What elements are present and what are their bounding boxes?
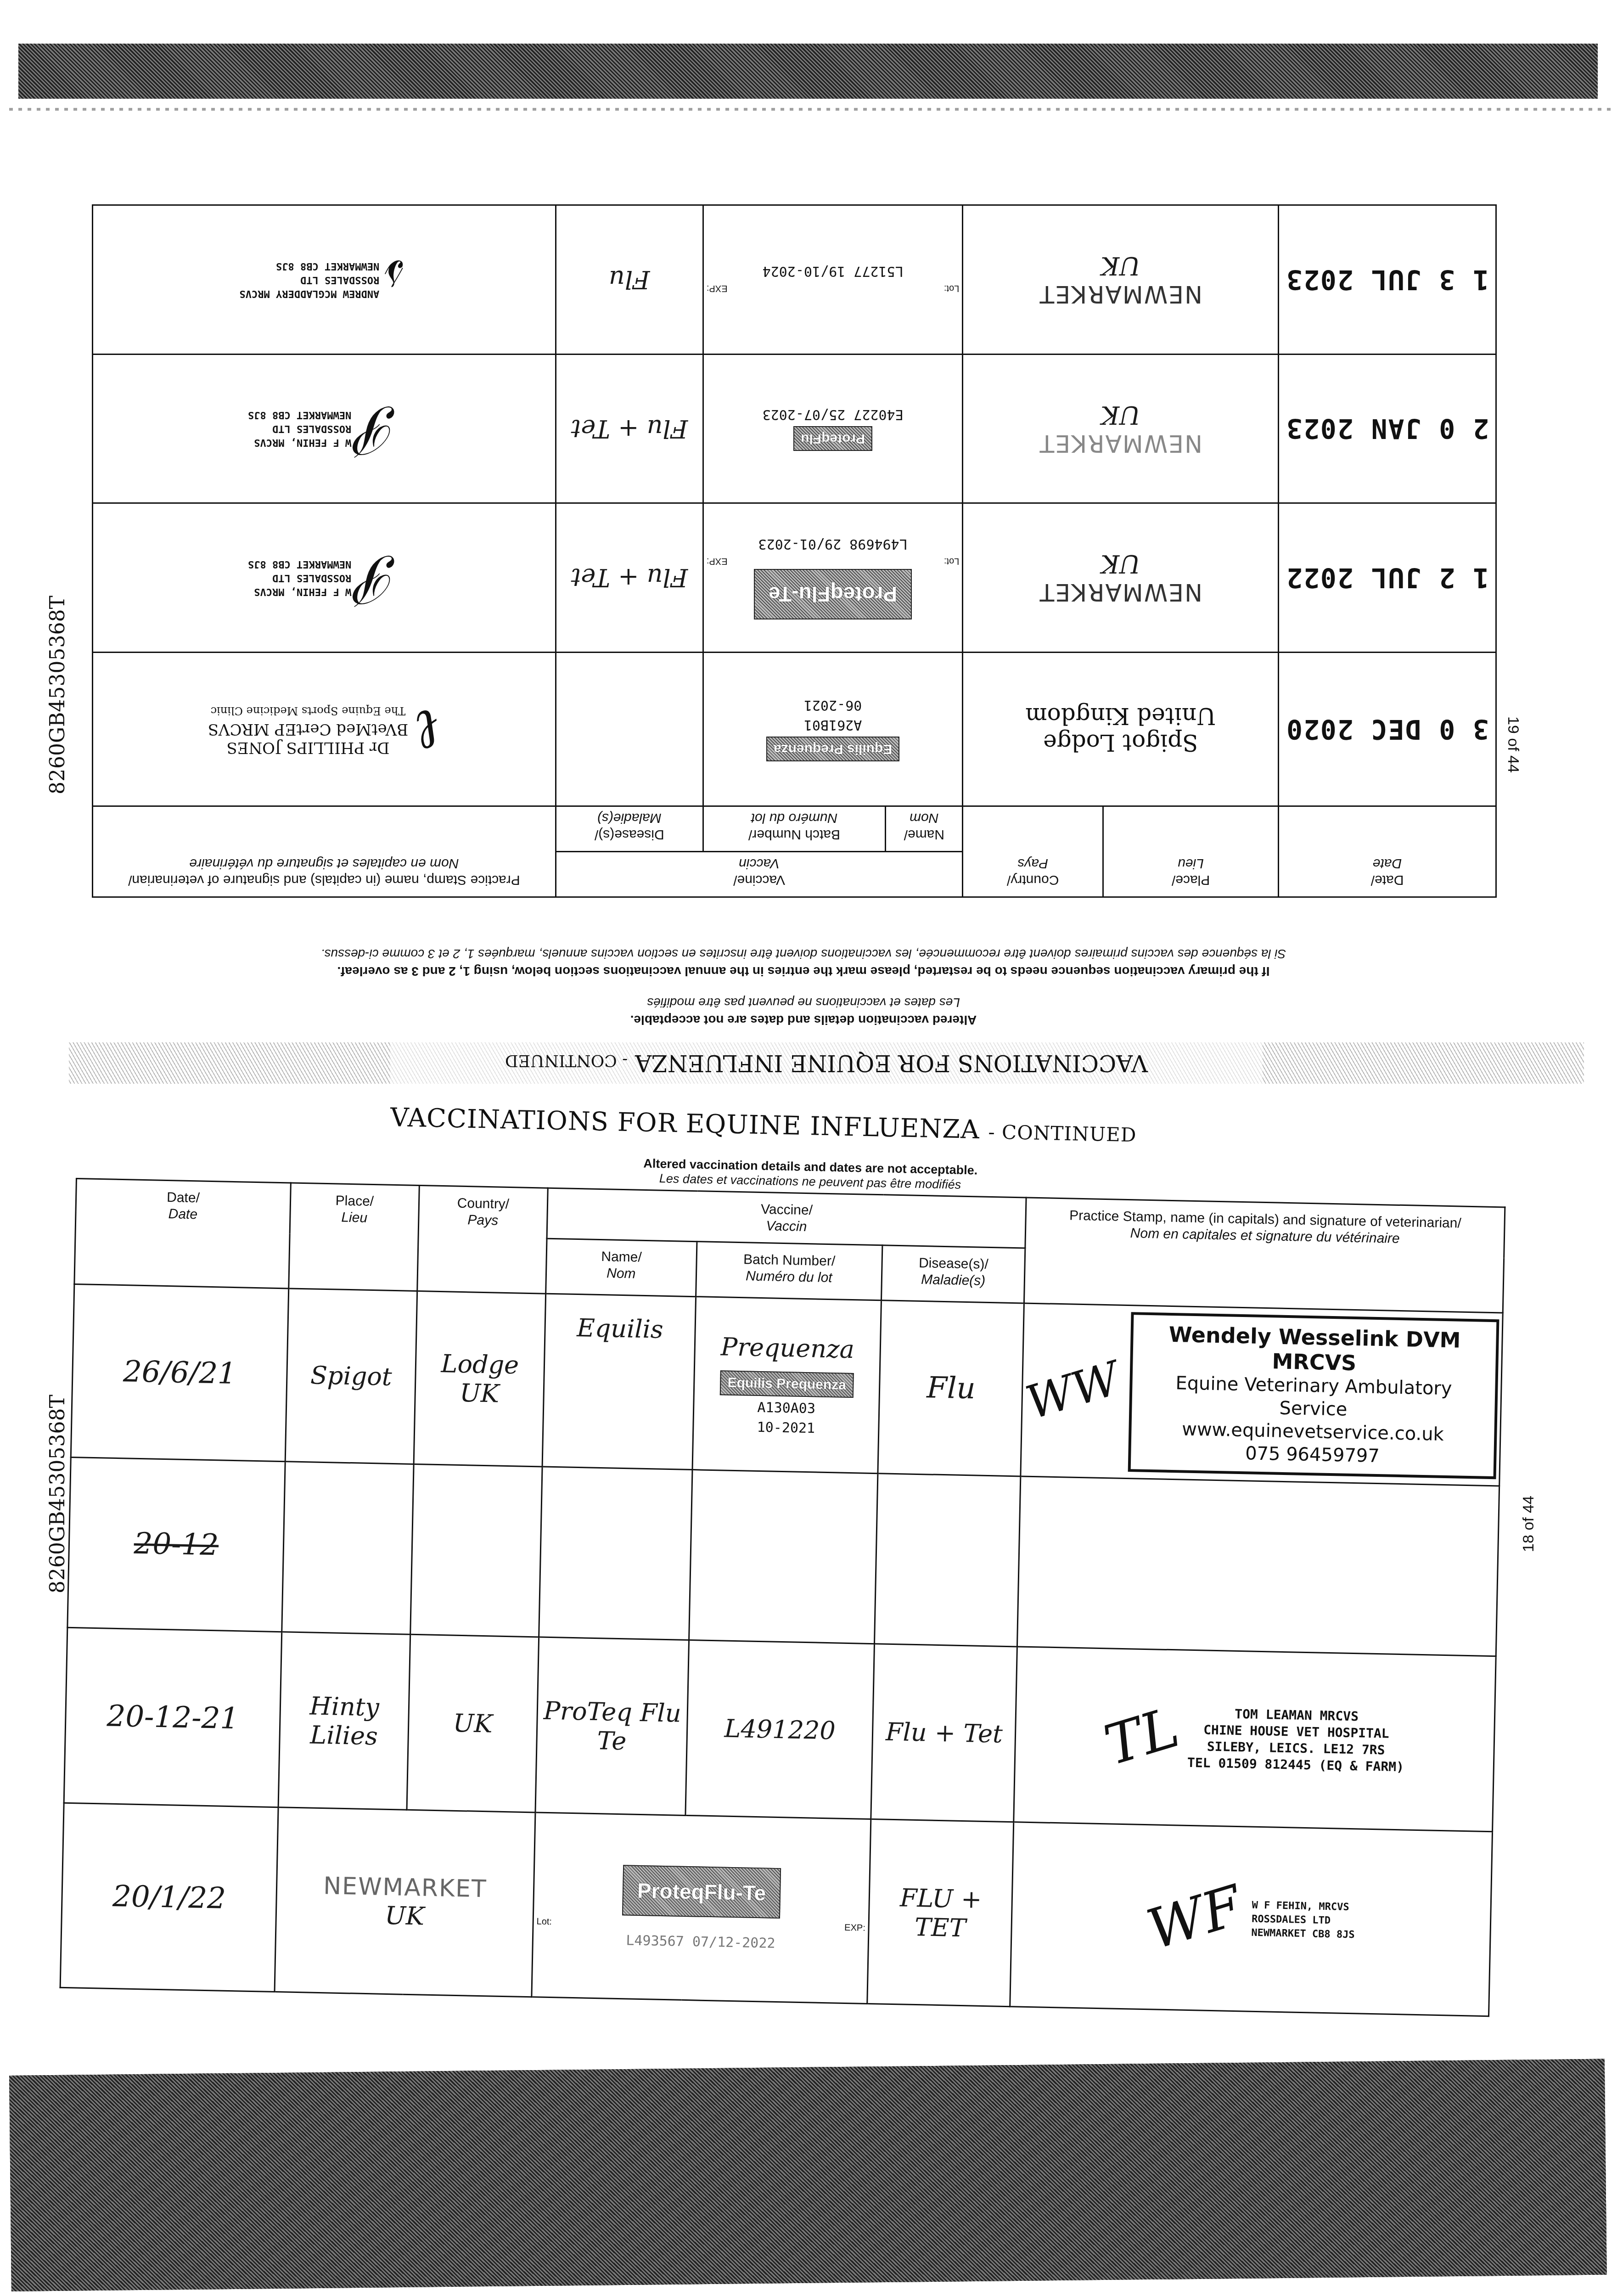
vet-stamp: W F FEHIN, MRCVS ROSSDALES LTD NEWMARKET… <box>248 557 351 598</box>
header-name: Name/Nom <box>546 1238 697 1297</box>
page-title: VACCINATIONS FOR EQUINE INFLUENZA - CONT… <box>390 1103 1217 1150</box>
table-row: 20-12 <box>67 1457 1499 1656</box>
header-disease: Disease(s)/Maladie(s) <box>556 806 703 852</box>
vaccine-sticker: Lot:EXP: L51277 19/10-2024 <box>707 263 960 293</box>
vet-signature: TL <box>1098 1696 1186 1778</box>
lower-vaccination-table: Date/Date Place/Lieu Country/Pays Vaccin… <box>60 1178 1506 2017</box>
vaccine-name-handwritten: Equilis <box>577 1313 664 1344</box>
header-place: Place/Lieu <box>289 1183 420 1291</box>
upper-vaccination-table: Date/Date Place/Lieu Country/Pays Vaccin… <box>92 204 1497 898</box>
disease-handwritten: Flu <box>609 265 650 294</box>
date-handwritten: 20-12-21 <box>107 1699 239 1736</box>
vaccine-sticker: ProteqFlu-Te Lot:EXP: L493567 07/12-2022 <box>536 1863 867 1953</box>
place-stamp: NEWMARKET <box>1039 429 1202 457</box>
date-stamp: 3 0 DEC 2020 <box>1286 714 1489 745</box>
header-country: Country/Pays <box>963 806 1103 897</box>
table-row: 1 3 JUL 2023 NEWMARKETUK Lot:EXP: L51277… <box>93 205 1496 355</box>
vet-signature: WF <box>1140 1874 1250 1962</box>
scan-artifact-top <box>18 44 1598 99</box>
vet-stamp: ANDREW MCGLADDERY MRCVS ROSSDALES LTD NE… <box>240 259 380 300</box>
header-stamp: Practice Stamp, name (in capitals) and s… <box>1024 1198 1505 1313</box>
place-stamp: NEWMARKET <box>1039 578 1202 606</box>
upper-title: VACCINATIONS FOR EQUINE INFLUENZA - CONT… <box>69 1042 1584 1084</box>
vet-signature: WW <box>1020 1351 1126 1430</box>
date-stamp: 1 2 JUL 2022 <box>1286 562 1489 593</box>
date-stamp: 1 3 JUL 2023 <box>1286 264 1489 295</box>
scan-artifact-bottom <box>9 2059 1607 2291</box>
disease-handwritten: FLU + TET <box>899 1883 982 1942</box>
header-disease: Disease(s)/Maladie(s) <box>882 1245 1026 1303</box>
table-row: 20/1/22 NEWMARKETUK ProteqFlu-Te Lot:EXP… <box>60 1803 1492 2016</box>
vaccine-sticker: Equilis Prequenza A261B01 06-2021 <box>707 697 960 761</box>
upper-notes: Altered vaccination details and dates ar… <box>138 923 1469 1029</box>
header-vaccine: Vaccine/Vaccin <box>556 852 963 897</box>
disease-handwritten: Flu + Tet <box>886 1717 1003 1749</box>
alteration-notice: Altered vaccination details and dates ar… <box>546 1154 1074 1194</box>
date-handwritten: 20/1/22 <box>112 1879 226 1915</box>
place-country-stamp: Spigot LodgeUnited Kingdom <box>966 703 1275 756</box>
scan-noise-top <box>9 108 1614 111</box>
vet-signature: 𝒫 <box>352 392 410 465</box>
place-stamp: NEWMARKET <box>1039 280 1202 308</box>
header-date: Date/Date <box>1279 806 1496 897</box>
country-handwritten: UK <box>1101 251 1140 280</box>
table-row: 2 0 JAN 2023 NEWMARKETUK ProteqFlu E4022… <box>93 354 1496 503</box>
header-vaccine: Vaccine/Vaccin <box>547 1188 1026 1248</box>
passport-id-lower: 8260GB45305368T <box>46 1395 69 1593</box>
country-handwritten: UK <box>453 1709 493 1739</box>
vaccine-sticker: ProteqFlu-Te Lot:EXP: L494698 29/01-2023 <box>707 536 960 619</box>
batch-handwritten: L491220 <box>724 1714 836 1745</box>
header-name: Name/Nom <box>886 806 963 852</box>
country-handwritten: UK <box>385 1901 425 1931</box>
place-stamp: NEWMARKET <box>323 1872 488 1903</box>
vaccine-name-handwritten: ProTeq Flu Te <box>543 1696 681 1756</box>
table-row: 1 2 JUL 2022 NEWMARKETUK ProteqFlu-Te Lo… <box>93 503 1496 653</box>
vet-stamp: Wendely Wesselink DVM MRCVS Equine Veter… <box>1128 1312 1499 1479</box>
table-row: 26/6/21 Spigot Lodge UK Equilis Prequenz… <box>71 1284 1503 1486</box>
disease-handwritten: Flu + Tet <box>571 563 688 592</box>
vet-stamp: W F FEHIN, MRCVS ROSSDALES LTD NEWMARKET… <box>248 408 351 449</box>
passport-id-upper: 8260GB45305368T <box>46 596 69 794</box>
header-batch: Batch Number/Numéro du lot <box>696 1242 882 1300</box>
table-row: 3 0 DEC 2020 Spigot LodgeUnited Kingdom … <box>93 652 1496 806</box>
country-handwritten: UK <box>1101 400 1140 429</box>
header-date: Date/Date <box>74 1179 291 1289</box>
disease-handwritten: Flu + Tet <box>571 414 688 443</box>
place-handwritten: Hinty Lilies <box>309 1691 380 1750</box>
date-struck-through: 20-12 <box>134 1527 219 1563</box>
disease-handwritten: Flu <box>927 1371 976 1406</box>
vet-stamp: TOM LEAMAN MRCVS CHINE HOUSE VET HOSPITA… <box>1187 1705 1405 1775</box>
place-handwritten: Spigot <box>310 1361 392 1392</box>
vet-stamp: W F FEHIN, MRCVS ROSSDALES LTD NEWMARKET… <box>1251 1898 1355 1942</box>
vet-signature: ℓ <box>408 695 449 763</box>
header-stamp: Practice Stamp, name (in capitals) and s… <box>93 806 556 897</box>
vaccine-sticker: Equilis Prequenza A130A03 10-2021 <box>696 1370 876 1438</box>
header-place: Place/Lieu <box>1103 806 1279 897</box>
vet-signature: 𝒫 <box>352 541 410 614</box>
header-batch: Batch Number/Numéro du lot <box>703 806 885 852</box>
table-row: 20-12-21 Hinty Lilies UK ProTeq Flu Te L… <box>64 1628 1496 1832</box>
disease-cell <box>556 652 703 806</box>
page-number-lower: 18 of 44 <box>1520 1496 1538 1552</box>
vet-stamp: Dr PHILLIPS JONES BVetMed CertEP MRCVS T… <box>208 702 409 757</box>
vet-signature: 𝓈 <box>379 246 418 313</box>
header-country: Country/Pays <box>417 1186 548 1294</box>
page-number-upper: 19 of 44 <box>1504 716 1522 773</box>
vaccine-sticker: ProteqFlu E40227 25/07-2023 <box>707 406 960 451</box>
country-handwritten: Lodge UK <box>441 1349 519 1408</box>
date-handwritten: 26/6/21 <box>123 1355 236 1391</box>
country-handwritten: UK <box>1101 549 1140 578</box>
batch-handwritten: Prequenza <box>698 1332 877 1365</box>
date-stamp: 2 0 JAN 2023 <box>1286 413 1489 444</box>
